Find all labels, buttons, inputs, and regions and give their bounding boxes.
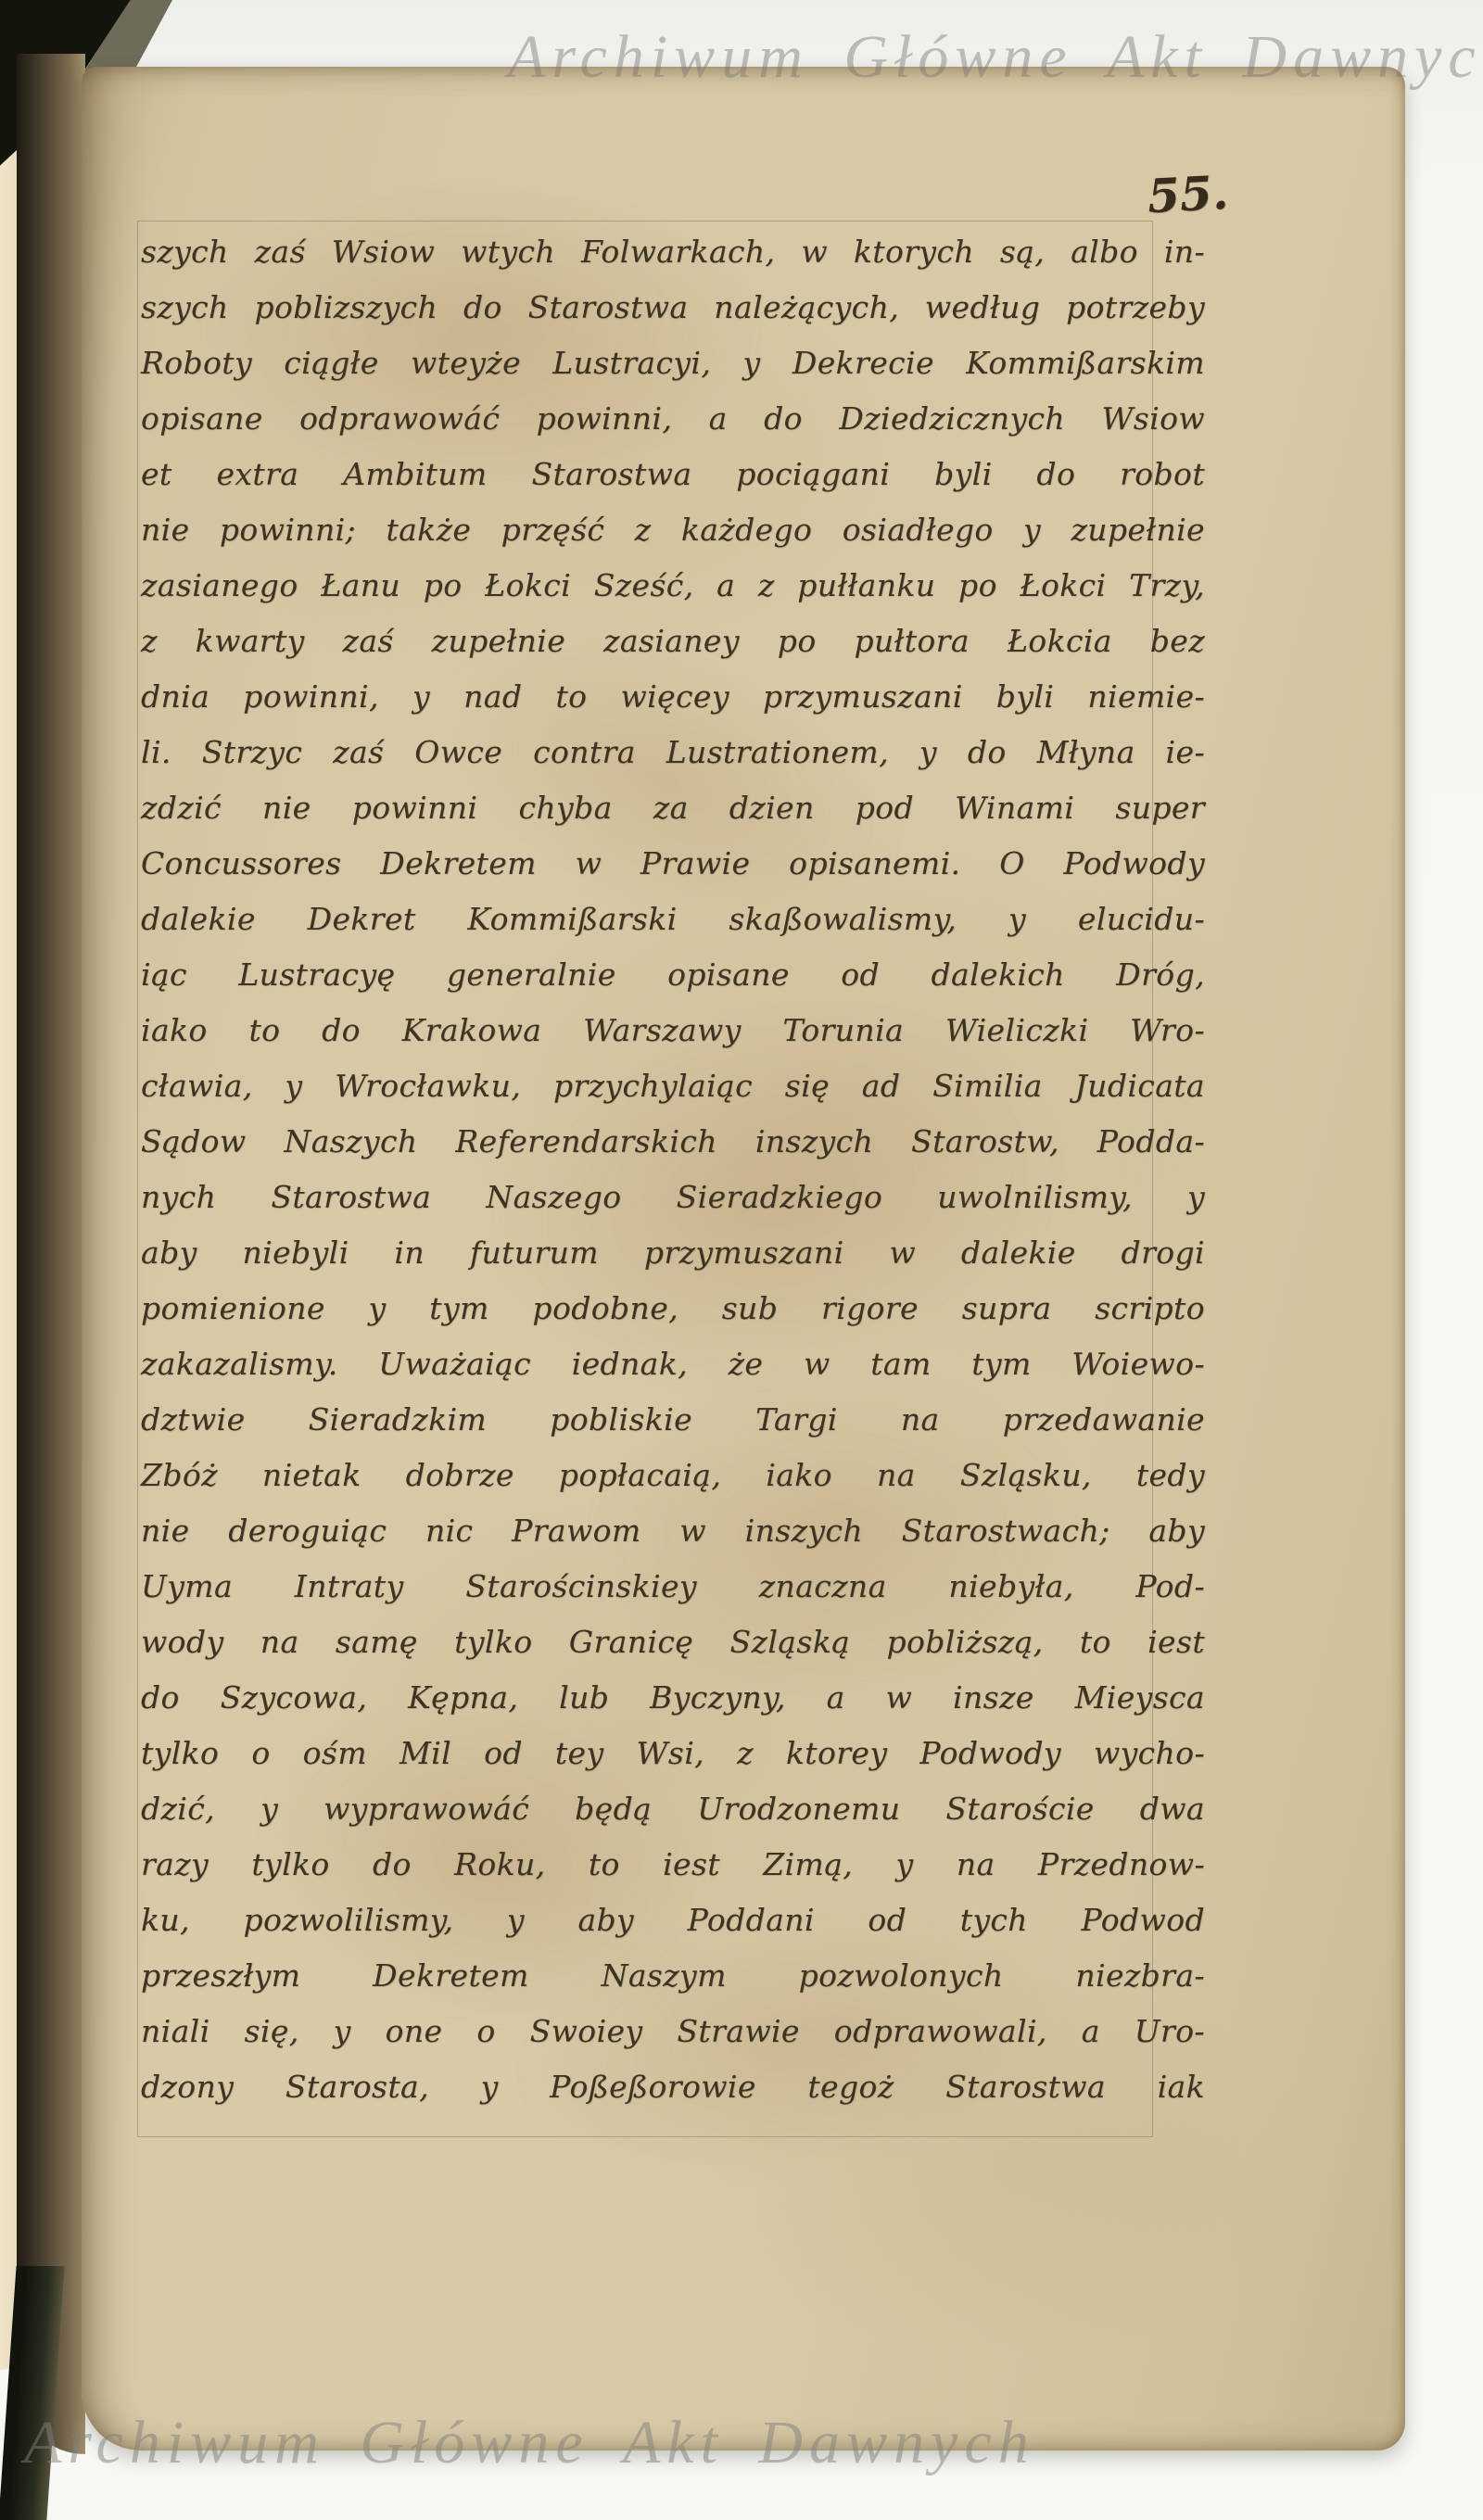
page-number: 55. (1147, 165, 1230, 223)
manuscript-line: pomienione y tym podobne, sub rigore sup… (141, 1281, 1205, 1336)
manuscript-line: nych Starostwa Naszego Sieradzkiego uwol… (141, 1170, 1205, 1225)
manuscript-line: razy tylko do Roku, to iest Zimą, y na P… (141, 1837, 1205, 1893)
manuscript-line: nie powinni; także przęść z każdego osia… (141, 502, 1205, 558)
manuscript-line: et extra Ambitum Starostwa pociągani byl… (141, 447, 1205, 502)
manuscript-line: zdzić nie powinni chyba za dzien pod Win… (141, 780, 1205, 836)
manuscript-line: Sądow Naszych Referendarskich inszych St… (141, 1114, 1205, 1170)
manuscript-line: Uyma Intraty Starościnskiey znaczna nieb… (141, 1559, 1205, 1615)
manuscript-line: do Szycowa, Kępna, lub Byczyny, a w insz… (141, 1670, 1205, 1726)
manuscript-line: dnia powinni, y nad to więcey przymuszan… (141, 669, 1205, 725)
manuscript-line: iako to do Krakowa Warszawy Torunia Wiel… (141, 1003, 1205, 1058)
manuscript-line: iąc Lustracyę generalnie opisane od dale… (141, 947, 1205, 1003)
manuscript-line: dalekie Dekret Kommißarski skaßowalismy,… (141, 892, 1205, 947)
book-gutter-shadow (17, 54, 85, 2454)
manuscript-line: cławia, y Wrocławku, przychylaiąc się ad… (141, 1058, 1205, 1114)
manuscript-page: 55. szych zaś Wsiow wtych Folwarkach, w … (82, 67, 1405, 2450)
manuscript-line: szych zaś Wsiow wtych Folwarkach, w ktor… (141, 224, 1205, 280)
manuscript-line: dztwie Sieradzkim pobliskie Targi na prz… (141, 1392, 1205, 1448)
manuscript-line: z kwarty zaś zupełnie zasianey po pułtor… (141, 614, 1205, 669)
manuscript-line: li. Strzyc zaś Owce contra Lustrationem,… (141, 725, 1205, 780)
manuscript-line: Roboty ciągłe wteyże Lustracyi, y Dekrec… (141, 336, 1205, 391)
handwritten-text-block: szych zaś Wsiow wtych Folwarkach, w ktor… (141, 224, 1205, 2115)
manuscript-line: niali się, y one o Swoiey Strawie odpraw… (141, 2004, 1205, 2059)
manuscript-line: zasianego Łanu po Łokci Sześć, a z pułła… (141, 558, 1205, 614)
manuscript-line: ku, pozwolilismy, y aby Poddani od tych … (141, 1893, 1205, 1948)
manuscript-line: aby niebyli in futurum przymuszani w dal… (141, 1225, 1205, 1281)
manuscript-line: szych poblizszych do Starostwa należącyc… (141, 280, 1205, 336)
manuscript-line: opisane odprawowáć powinni, a do Dziedzi… (141, 391, 1205, 447)
manuscript-line: nie deroguiąc nic Prawom w inszych Staro… (141, 1503, 1205, 1559)
manuscript-line: dzić, y wyprawowáć będą Urodzonemu Staro… (141, 1781, 1205, 1837)
manuscript-line: Concussores Dekretem w Prawie opisanemi.… (141, 836, 1205, 892)
manuscript-line: tylko o ośm Mil od tey Wsi, z ktorey Pod… (141, 1726, 1205, 1781)
manuscript-line: przeszłym Dekretem Naszym pozwolonych ni… (141, 1948, 1205, 2004)
manuscript-line: zakazalismy. Uważaiąc iednak, że w tam t… (141, 1336, 1205, 1392)
manuscript-line: wody na samę tylko Granicę Szląską pobli… (141, 1615, 1205, 1670)
manuscript-line: Zbóż nietak dobrze popłacaią, iako na Sz… (141, 1448, 1205, 1503)
manuscript-line: dzony Starosta, y Poßeßorowie tegoż Star… (141, 2059, 1205, 2115)
archival-scan: 55. szych zaś Wsiow wtych Folwarkach, w … (0, 0, 1483, 2520)
